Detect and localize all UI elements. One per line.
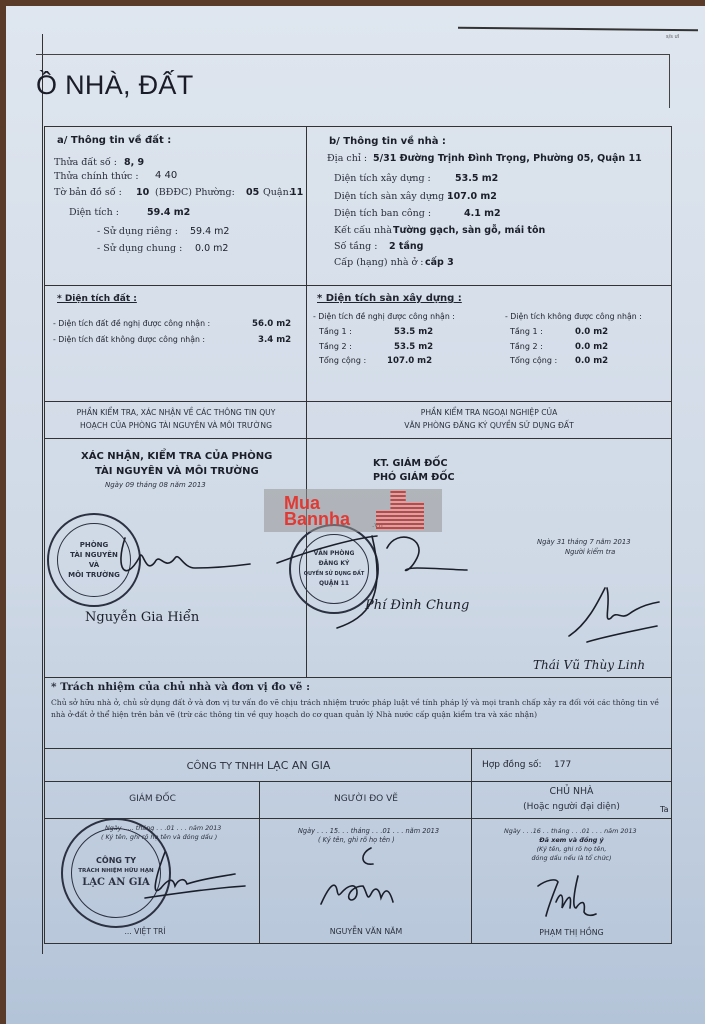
unrec-floor2-value: 0.0 m2 bbox=[575, 342, 608, 352]
owner-corner-note: Ta bbox=[660, 805, 668, 814]
building-area-label: Diện tích xây dựng : bbox=[334, 173, 431, 184]
ward-value: 05 bbox=[246, 187, 259, 198]
unrec-total-label: Tổng cộng : bbox=[510, 356, 557, 365]
district-value: 11 bbox=[290, 187, 303, 198]
company-name: CÔNG TY TNHH LẠC AN GIA bbox=[45, 759, 472, 772]
surveyor-signature-cell: Ngày . . . 15. . . tháng . . .01 . . . n… bbox=[259, 818, 472, 944]
owner-instruction-1: (Ký tên, ghi rõ họ tên, bbox=[472, 845, 671, 853]
unrecognized-land-value: 3.4 m2 bbox=[258, 335, 291, 345]
balcony-area-value: 4.1 m2 bbox=[464, 208, 501, 219]
contract-number: 177 bbox=[554, 760, 571, 770]
floor-area-label: Diện tích sàn xây dựng : bbox=[334, 191, 450, 202]
planning-check-title-2: HOẠCH CỦA PHÒNG TÀI NGUYÊN VÀ MÔI TRƯỜNG bbox=[45, 421, 307, 430]
unrecognized-floor-heading: - Diện tích không được công nhận : bbox=[505, 312, 642, 321]
env-officer-name: Nguyễn Gia Hiển bbox=[85, 610, 199, 625]
recognized-land-label: - Diện tích đất đề nghị được công nhận : bbox=[53, 319, 210, 328]
map-sheet-label: Tờ bản đồ số : bbox=[54, 187, 122, 198]
unrec-floor1-label: Tầng 1 : bbox=[510, 327, 543, 336]
field-check-title-2: VĂN PHÒNG ĐĂNG KÝ QUYỀN SỬ DỤNG ĐẤT bbox=[307, 421, 671, 430]
land-info-heading: a/ Thông tin về đất : bbox=[57, 135, 171, 146]
house-info-heading: b/ Thông tin về nhà : bbox=[329, 136, 446, 147]
responsibility-heading: * Trách nhiệm của chủ nhà và đơn vị đo v… bbox=[51, 681, 310, 693]
inspector-signature bbox=[557, 584, 667, 644]
house-info-section: b/ Thông tin về nhà : Địa chỉ : 5/31 Đườ… bbox=[306, 126, 672, 286]
rec-floor2-label: Tầng 2 : bbox=[319, 342, 352, 351]
owner-agreement: Đã xem và đồng ý bbox=[472, 836, 671, 844]
planning-check-header: PHẦN KIỂM TRA, XÁC NHẬN VỀ CÁC THÔNG TIN… bbox=[44, 401, 307, 439]
director-signature bbox=[125, 848, 255, 908]
stamp-line: VÀ bbox=[89, 560, 99, 570]
owner-role-sub: (Hoặc người đại diện) bbox=[472, 802, 671, 812]
official-parcel-value: 4 40 bbox=[155, 170, 177, 181]
structure-label: Kết cấu nhà : bbox=[334, 225, 398, 236]
stamp-line: PHÒNG bbox=[80, 540, 109, 550]
rec-floor2-value: 53.5 m2 bbox=[394, 342, 433, 352]
env-approval-title-2: TÀI NGUYÊN VÀ MÔI TRƯỜNG bbox=[95, 466, 259, 477]
district-label: Quận: bbox=[263, 187, 292, 198]
rec-total-value: 107.0 m2 bbox=[387, 356, 432, 366]
floors-value: 2 tầng bbox=[389, 241, 423, 252]
land-registry-approval: KT. GIÁM ĐỐC PHÓ GIÁM ĐỐC VĂN PHÒNG ĐĂNG… bbox=[306, 438, 672, 678]
area-value: 59.4 m2 bbox=[147, 207, 190, 218]
shared-use-label: - Sử dụng chung : bbox=[97, 243, 182, 254]
floor-area-section: * Diện tích sàn xây dựng : - Diện tích đ… bbox=[306, 286, 672, 402]
official-parcel-label: Thửa chính thức : bbox=[54, 171, 139, 182]
land-area-heading: * Diện tích đất : bbox=[57, 294, 137, 304]
surveyor-signature bbox=[315, 846, 425, 916]
unrec-total-value: 0.0 m2 bbox=[575, 356, 608, 366]
unrec-floor2-label: Tầng 2 : bbox=[510, 342, 543, 351]
structure-value: Tường gạch, sàn gỗ, mái tôn bbox=[393, 225, 545, 236]
watermark-logo: Mua Bannha .vn bbox=[264, 489, 442, 532]
registry-title-2: PHÓ GIÁM ĐỐC bbox=[373, 472, 455, 483]
grade-label: Cấp (hạng) nhà ở : bbox=[334, 257, 423, 268]
owner-name: PHẠM THỊ HỒNG bbox=[472, 928, 671, 937]
director-header: GIÁM ĐỐC bbox=[44, 781, 260, 819]
surveyor-header: NGƯỜI ĐO VẼ bbox=[259, 781, 472, 819]
field-check-header: PHẦN KIỂM TRA NGOẠI NGHIỆP CỦA VĂN PHÒNG… bbox=[306, 401, 672, 439]
parcel-value: 8, 9 bbox=[124, 157, 144, 168]
rec-floor1-label: Tầng 1 : bbox=[319, 327, 352, 336]
env-approval-title-1: XÁC NHẬN, KIỂM TRA CỦA PHÒNG bbox=[81, 451, 272, 462]
owner-signature bbox=[534, 872, 604, 922]
floor-area-value: 107.0 m2 bbox=[447, 191, 497, 202]
company-title: LẠC AN GIA bbox=[267, 759, 330, 772]
rec-total-label: Tổng cộng : bbox=[319, 356, 366, 365]
address-label: Địa chỉ : bbox=[327, 153, 367, 164]
env-approval-date: Ngày 09 tháng 08 năm 2013 bbox=[105, 481, 206, 489]
ward-label: (BĐĐC) Phường: bbox=[155, 187, 235, 198]
company-prefix: CÔNG TY TNHH bbox=[187, 761, 267, 772]
private-use-value: 59.4 m2 bbox=[190, 226, 229, 237]
building-icon bbox=[376, 491, 424, 531]
parcel-label: Thửa đất số : bbox=[54, 157, 117, 168]
planning-check-title-1: PHẦN KIỂM TRA, XÁC NHẬN VỀ CÁC THÔNG TIN… bbox=[45, 408, 307, 417]
company-name-cell: CÔNG TY TNHH LẠC AN GIA bbox=[44, 748, 472, 782]
inspection-date: Ngày 31 tháng 7 năm 2013 bbox=[537, 538, 631, 546]
area-label: Diện tích : bbox=[69, 207, 119, 218]
deputy-director-name: Phí Đình Chung bbox=[365, 598, 469, 613]
surveyor-role: NGƯỜI ĐO VẼ bbox=[260, 794, 472, 804]
field-check-title-1: PHẦN KIỂM TRA NGOẠI NGHIỆP CỦA bbox=[307, 408, 671, 417]
director-name: ... VIỆT TRÍ bbox=[75, 927, 215, 936]
surveyor-instruction: ( Ký tên, ghi rõ họ tên ) bbox=[318, 836, 395, 844]
owner-role: CHỦ NHÀ bbox=[472, 786, 671, 797]
document-title: Ồ NHÀ, ĐẤT bbox=[36, 70, 194, 101]
margin-line bbox=[42, 34, 43, 954]
owner-instruction-2: đóng dấu nếu là tổ chức) bbox=[472, 854, 671, 862]
address-value: 5/31 Đường Trịnh Đình Trọng, Phường 05, … bbox=[373, 153, 642, 164]
owner-header: CHỦ NHÀ (Hoặc người đại diện) Ta bbox=[471, 781, 672, 819]
watermark-text-2: Bannha bbox=[284, 511, 350, 527]
floors-label: Số tầng : bbox=[334, 241, 377, 252]
owner-date: Ngày . . .16 . . tháng . . .01 . . . năm… bbox=[504, 827, 637, 835]
rec-floor1-value: 53.5 m2 bbox=[394, 327, 433, 337]
director-role: GIÁM ĐỐC bbox=[45, 794, 260, 804]
owner-signature-cell: Ngày . . .16 . . tháng . . .01 . . . năm… bbox=[471, 818, 672, 944]
surveyor-date: Ngày . . . 15. . . tháng . . .01 . . . n… bbox=[298, 827, 439, 835]
land-info-section: a/ Thông tin về đất : Thửa đất số : 8, 9… bbox=[44, 126, 307, 286]
unrec-floor1-value: 0.0 m2 bbox=[575, 327, 608, 337]
balcony-area-label: Diện tích ban công : bbox=[334, 208, 431, 219]
responsibility-text: Chủ sở hữu nhà ở, chủ sử dụng đất ở và đ… bbox=[51, 697, 661, 721]
floor-area-heading: * Diện tích sàn xây dựng : bbox=[317, 293, 462, 304]
corner-note: s/s ưl bbox=[666, 34, 679, 40]
private-use-label: - Sử dụng riêng : bbox=[97, 226, 178, 237]
unrecognized-land-label: - Diện tích đất không được công nhận : bbox=[53, 335, 205, 344]
building-area-value: 53.5 m2 bbox=[455, 173, 498, 184]
contract-cell: Hợp đồng số: 177 bbox=[471, 748, 672, 782]
recognized-land-value: 56.0 m2 bbox=[252, 319, 291, 329]
environment-office-approval: XÁC NHẬN, KIỂM TRA CỦA PHÒNG TÀI NGUYÊN … bbox=[44, 438, 307, 678]
grade-value: cấp 3 bbox=[425, 257, 454, 268]
env-officer-signature bbox=[105, 528, 255, 588]
land-area-section: * Diện tích đất : - Diện tích đất đề ngh… bbox=[44, 286, 307, 402]
header-rule bbox=[458, 27, 698, 31]
surveyor-name: NGUYỄN VĂN NĂM bbox=[260, 927, 472, 936]
map-sheet-value: 10 bbox=[136, 187, 149, 198]
registry-title-1: KT. GIÁM ĐỐC bbox=[373, 458, 448, 469]
responsibility-section: * Trách nhiệm của chủ nhà và đơn vị đo v… bbox=[44, 677, 672, 749]
contract-label: Hợp đồng số: bbox=[482, 760, 542, 770]
inspector-label: Người kiểm tra bbox=[565, 548, 615, 556]
inspector-name: Thái Vũ Thùy Linh bbox=[533, 658, 645, 672]
director-signature-cell: Ngày ..... tháng . . .01 . . . năm 2013 … bbox=[44, 818, 260, 944]
recognized-floor-heading: - Diện tích đề nghị được công nhận : bbox=[313, 312, 455, 321]
shared-use-value: 0.0 m2 bbox=[195, 243, 228, 254]
